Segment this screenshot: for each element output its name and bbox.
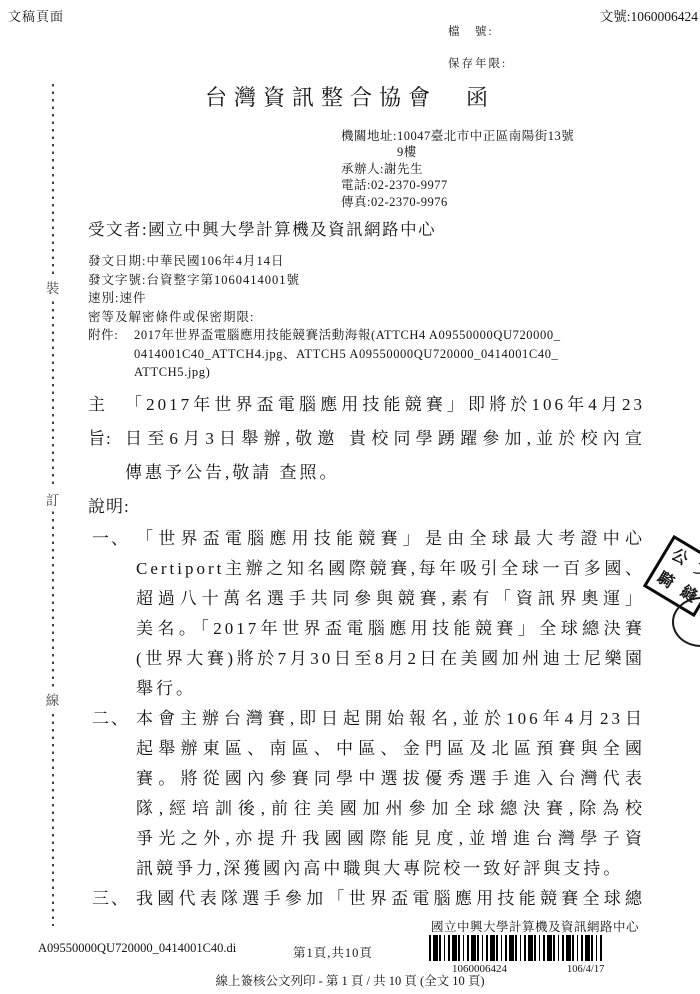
subject-line: 傳惠予公告,敬請 查照。 — [125, 456, 645, 490]
sender-info: 機關地址:10047臺北市中正區南陽街13號 9樓 承辦人:謝先生 電話:02-… — [341, 128, 574, 210]
item-line: 訊競爭力,深獲國內高中職與大專院校一致好評與支持。 — [136, 854, 645, 884]
explanation-item-2: 二、 本會主辦台灣賽,即日起開始報名,並於106年4月23日 起舉辦東區、南區、… — [88, 704, 645, 884]
seal-char: 騎 — [654, 570, 676, 592]
subject-line: 日至6月3日舉辦,敬邀 貴校同學踴躍參加,並於校內宣 — [125, 422, 645, 456]
footer-page-indicator: 第1頁,共10頁 — [293, 943, 373, 961]
speed-level: 速別:速件 — [88, 289, 645, 308]
item-line: (世界大賽)將於7月30日至8月2日在美國加州迪士尼樂園 — [136, 644, 645, 674]
sender-fax: 傳真:02-2370-9976 — [341, 194, 574, 210]
subject-line: 「2017年世界盃電腦應用技能競賽」即將於106年4月23 — [125, 388, 645, 422]
barcode — [429, 935, 603, 961]
seal-char: 文 — [692, 560, 700, 582]
item-line: 本會主辦台灣賽,即日起開始報名,並於106年4月23日 — [136, 704, 645, 734]
item-line: 「世界盃電腦應用技能競賽」是由全球最大考證中心 — [136, 524, 645, 554]
item-line: 起舉辦東區、南區、中區、金門區及北區預賽與全國 — [136, 734, 645, 764]
item-line: 舉行。 — [136, 674, 645, 704]
item-number: 一、 — [88, 524, 136, 704]
sender-address-line1: 機關地址:10047臺北市中正區南陽街13號 — [341, 128, 574, 144]
receiver-stamp-name: 國立中興大學計算機及資訊網路中心 — [431, 917, 639, 935]
recipient-line: 受文者:國立中興大學計算機及資訊網路中心 — [88, 216, 645, 240]
binding-char-xian: 線 — [44, 689, 61, 709]
doc-number: 文號:1060006424 — [600, 5, 698, 25]
attachment-lines: 2017年世界盃電腦應用技能競賽活動海報(ATTCH4 A09550000QU7… — [134, 326, 645, 382]
subject-label: 主旨: — [88, 388, 125, 490]
attachment-label: 附件: — [88, 326, 134, 382]
issue-date: 發文日期:中華民國106年4月14日 — [88, 252, 645, 271]
seal-char: 公 — [668, 546, 690, 568]
item-line: 我國代表隊選手參加「世界盃電腦應用技能競賽全球總 — [136, 884, 645, 914]
item-text: 本會主辦台灣賽,即日起開始報名,並於106年4月23日 起舉辦東區、南區、中區、… — [136, 704, 645, 884]
item-line: 超過八十萬名選手共同參與競賽,素有「資訊界奧運」 — [136, 584, 645, 614]
item-text: 「世界盃電腦應用技能競賽」是由全球最大考證中心 Certiport主辦之知名國際… — [136, 524, 645, 704]
item-number: 二、 — [88, 704, 136, 884]
item-line: 賽。將從國內參賽同學中選拔優秀選手進入台灣代表 — [136, 764, 645, 794]
print-note: 線上簽核公文列印 - 第 1 頁 / 共 10 頁 (全文 10 頁) — [0, 971, 700, 989]
attachment-row: 附件: 2017年世界盃電腦應用技能競賽活動海報(ATTCH4 A0955000… — [88, 326, 645, 382]
attachment-line: 0414001C40_ATTCH4.jpg、ATTCH5 A09550000QU… — [134, 345, 645, 364]
sender-contact: 承辦人:謝先生 — [341, 161, 574, 177]
item-number: 三、 — [88, 884, 136, 914]
letter-title: 台灣資訊整合協會 函 — [0, 81, 700, 112]
binding-char-zhuang: 裝 — [44, 277, 61, 297]
sender-address-line2: 9樓 — [341, 144, 574, 160]
explanation-item-1: 一、 「世界盃電腦應用技能競賽」是由全球最大考證中心 Certiport主辦之知… — [88, 524, 645, 704]
subject-text: 「2017年世界盃電腦應用技能競賽」即將於106年4月23 日至6月3日舉辦,敬… — [125, 388, 645, 490]
sender-phone: 電話:02-2370-9977 — [341, 177, 574, 193]
attachment-line: ATTCH5.jpg) — [134, 363, 645, 382]
item-line: Certiport主辦之知名國際競賽,每年吸引全球一百多國、 — [136, 554, 645, 584]
binding-char-ding: 訂 — [44, 489, 61, 509]
item-line: 美名。「2017年世界盃電腦應用技能競賽」全球總決賽 — [136, 614, 645, 644]
security-level: 密等及解密條件或保密期限: — [88, 308, 645, 327]
attachment-line: 2017年世界盃電腦應用技能競賽活動海報(ATTCH4 A09550000QU7… — [134, 326, 645, 345]
subject-paragraph: 主旨: 「2017年世界盃電腦應用技能競賽」即將於106年4月23 日至6月3日… — [88, 388, 645, 490]
explanation-item-3: 三、 我國代表隊選手參加「世界盃電腦應用技能競賽全球總 — [88, 884, 645, 914]
issue-number: 發文字號:台資整字第1060414001號 — [88, 271, 645, 290]
file-number-label: 檔 號: — [448, 23, 494, 39]
item-line: 隊,經培訓後,前往美國加州參加全球總決賽,除為校 — [136, 794, 645, 824]
corner-label: 文稿頁面 — [8, 6, 64, 25]
item-text: 我國代表隊選手參加「世界盃電腦應用技能競賽全球總 — [136, 884, 645, 914]
letter-body: 受文者:國立中興大學計算機及資訊網路中心 發文日期:中華民國106年4月14日 … — [88, 216, 645, 914]
explanation-label: 說明: — [88, 490, 645, 524]
meta-block: 發文日期:中華民國106年4月14日 發文字號:台資整字第1060414001號… — [88, 252, 645, 382]
retention-label: 保存年限: — [448, 55, 507, 71]
item-line: 爭光之外,亦提升我國國際能見度,並增進台灣學子資 — [136, 824, 645, 854]
footer-file-id: A09550000QU720000_0414001C40.di — [38, 941, 236, 956]
